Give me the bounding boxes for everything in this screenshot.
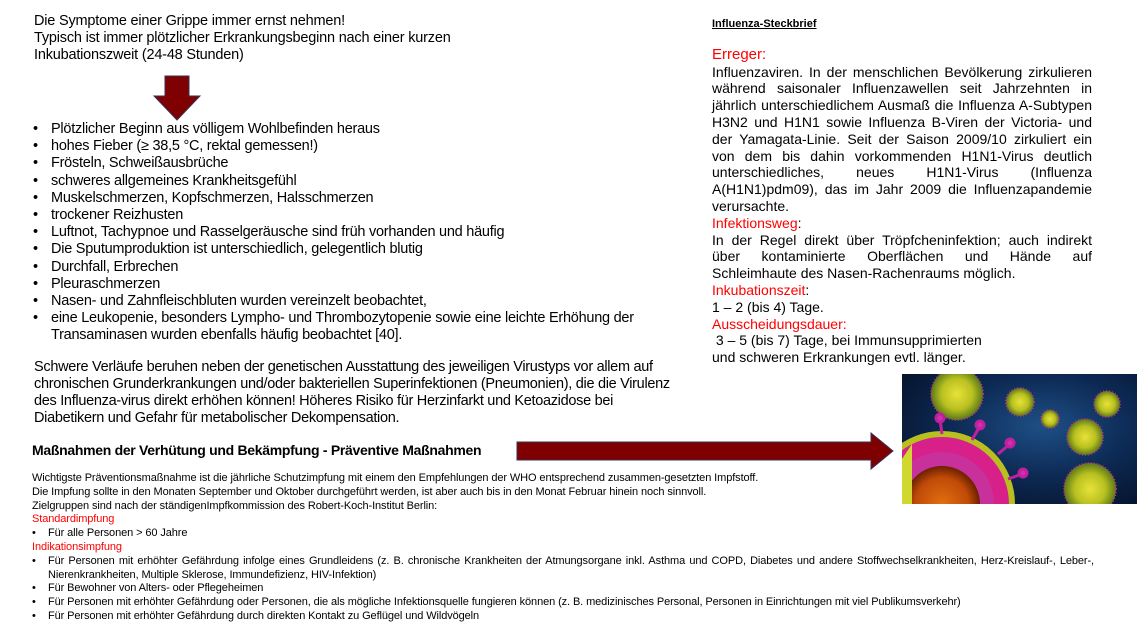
list-item: Für Personen mit erhöhter Gefährdung dur… (32, 610, 1094, 624)
list-item: Die Sputumproduktion ist unterschiedlich… (32, 241, 634, 258)
transmission-heading: Infektionsweg: (712, 215, 1092, 232)
paragraph-line: des Influenza-virus direkt erhöhen könne… (34, 393, 670, 410)
list-item: hohes Fieber (≥ 38,5 °C, rektal gemessen… (32, 138, 634, 155)
intro-line: Typisch ist immer plötzlicher Erkrankung… (34, 30, 451, 47)
list-item: Für alle Personen > 60 Jahre (32, 527, 1094, 541)
transmission-text: In der Regel direkt über Tröpfcheninfekt… (712, 232, 1092, 282)
list-item: eine Leukopenie, besonders Lympho- und T… (32, 310, 634, 327)
list-item: Luftnot, Tachypnoe und Rasselgeräusche s… (32, 224, 634, 241)
indication-vaccination-list: Für Personen mit erhöhter Gefährdung inf… (32, 555, 1094, 624)
list-item: Muskelschmerzen, Kopfschmerzen, Halsschm… (32, 190, 634, 207)
colon: : (798, 215, 802, 231)
list-item: Durchfall, Erbrechen (32, 259, 634, 276)
transmission-label: Infektionsweg (712, 215, 798, 231)
list-item: Plötzlicher Beginn aus völligem Wohlbefi… (32, 121, 634, 138)
shedding-text: 3 – 5 (bis 7) Tage, bei Immunsupprimiert… (712, 332, 1092, 349)
influenza-virus-illustration (902, 374, 1137, 504)
incubation-text: 1 – 2 (bis 4) Tage. (712, 299, 1092, 316)
pathogen-label: Erreger: (712, 47, 1092, 64)
incubation-label: Inkubationszeit (712, 282, 805, 298)
severe-course-paragraph: Schwere Verläufe beruhen neben der genet… (34, 359, 670, 427)
intro-line: Inkubationszweit (24-48 Stunden) (34, 47, 451, 64)
list-item: Nasen- und Zahnfleischbluten wurden vere… (32, 293, 634, 310)
incubation-heading: Inkubationszeit: (712, 282, 1092, 299)
paragraph-line: Schwere Verläufe beruhen neben der genet… (34, 359, 670, 376)
list-item-continuation: Transaminasen wurden ebenfalls häufig be… (32, 327, 634, 344)
list-item: Frösteln, Schweißausbrüche (32, 155, 634, 172)
intro-text: Die Symptome einer Grippe immer ernst ne… (34, 13, 451, 64)
list-item: Für Personen mit erhöhter Gefährdung ode… (32, 596, 1094, 610)
intro-line: Die Symptome einer Grippe immer ernst ne… (34, 13, 451, 30)
list-item: schweres allgemeines Krankheitsgefühl (32, 173, 634, 190)
shedding-text: und schweren Erkrankungen evtl. länger. (712, 349, 1092, 366)
list-item: trockener Reizhusten (32, 207, 634, 224)
shedding-label: Ausscheidungsdauer: (712, 316, 1092, 333)
list-item: Pleuraschmerzen (32, 276, 634, 293)
colon: : (805, 282, 809, 298)
profile-title: Influenza-Steckbrief (712, 16, 1092, 33)
list-item: Für Personen mit erhöhter Gefährdung inf… (32, 555, 1094, 583)
paragraph-line: Diabetikern und Gefahr für metabolischer… (34, 410, 670, 427)
standard-vaccination-list: Für alle Personen > 60 Jahre (32, 527, 1094, 541)
standard-vaccination-label: Standardimpfung (32, 513, 1094, 527)
virus-illustration-graphic (902, 374, 1137, 504)
indication-vaccination-label: Indikationsimpfung (32, 541, 1094, 555)
list-item: Für Bewohner von Alters- oder Pflegeheim… (32, 582, 1094, 596)
influenza-profile: Influenza-Steckbrief Erreger: Influenzav… (712, 16, 1092, 366)
pathogen-text: Influenzaviren. In der menschlichen Bevö… (712, 64, 1092, 215)
arrow-down-icon (153, 75, 201, 121)
arrow-right-icon (516, 432, 894, 470)
paragraph-line: chronischen Grunderkrankungen und/oder b… (34, 376, 670, 393)
measures-heading: Maßnahmen der Verhütung und Bekämpfung -… (32, 442, 481, 458)
symptoms-list: Plötzlicher Beginn aus völligem Wohlbefi… (32, 121, 634, 345)
